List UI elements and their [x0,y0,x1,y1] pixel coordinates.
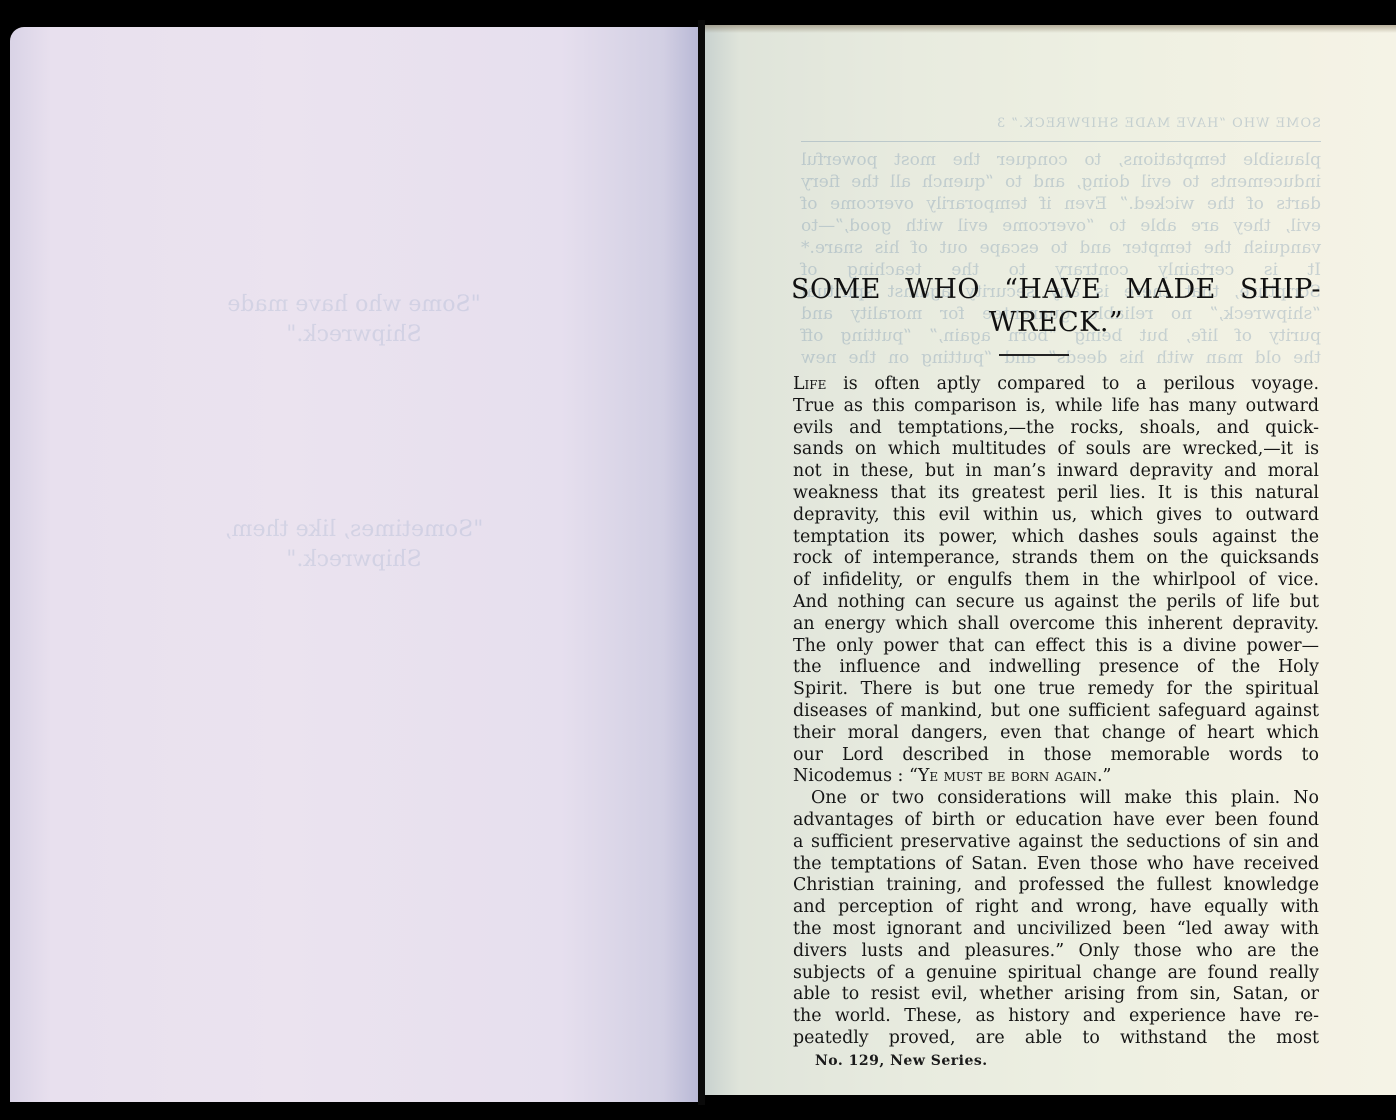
text-line: rock of intemperance, strands them on th… [793,548,1319,570]
ghost-line: Shipwreck." [10,322,698,347]
text-line: the most ignorant and uncivilized been “… [793,919,1319,941]
text-line: a sufficient preservative against the se… [793,832,1319,854]
ghost-line: "Sometimes, like them, [10,517,698,542]
showthrough-line: plausible temptations, to conquer the mo… [801,149,1321,171]
text-line: our Lord described in those memorable wo… [793,745,1319,767]
title-rule [999,354,1069,356]
text-line: Spirit. There is but one true remedy for… [793,679,1319,701]
text-line: weakness that its greatest peril lies. I… [793,483,1319,505]
text-line: able to resist evil, whether arising fro… [793,984,1319,1006]
right-page: SOME WHO “HAVE MADE SHIPWRECK.” 3 plausi… [705,25,1396,1095]
text-line: And nothing can secure us against the pe… [793,592,1319,614]
text-line: the temptations of Satan. Even those who… [793,854,1319,876]
text-line: sands on which multitudes of souls are w… [793,439,1319,461]
text-line: and perception of right and wrong, have … [793,897,1319,919]
text-line: The only power that can effect this is a… [793,636,1319,658]
title-line-2: WRECK.” [989,307,1124,338]
showthrough-header-rule [801,141,1321,142]
text-line: evils and temptations,—the rocks, shoals… [793,418,1319,440]
text-line: Nicodemus : “Ye must be born again.” [793,766,1319,788]
showthrough-line: the old man with his deeds” and “putting… [801,347,1321,369]
ghost-line: "Some who have made [10,292,698,317]
showthrough-line: inducements to evil doing, and to “quenc… [801,171,1321,193]
text-line-content: Nicodemus : “ [793,766,918,786]
series-number: No. 129, New Series. [815,1053,988,1069]
showthrough-line: vanquish the tempter and to escape out o… [801,237,1321,259]
text-line: the world. These, as history and experie… [793,1006,1319,1028]
book-gutter [698,20,705,1105]
body-text: Life is often aptly compared to a perilo… [793,374,1319,1050]
showthrough-line: darts of the wicked.” Even if temporaril… [801,193,1321,215]
title-line-1: SOME WHO “HAVE MADE SHIP- [791,273,1321,306]
text-line-content: ” [1103,766,1112,786]
page-edge-stain [705,25,1396,33]
text-line: True as this comparison is, while life h… [793,396,1319,418]
left-page-showthrough: "Some who have made Shipwreck." "Sometim… [10,27,698,1102]
paragraph-1: Life is often aptly compared to a perilo… [793,374,1319,788]
page-title: SOME WHO “HAVE MADE SHIP- WRECK.” [791,273,1321,339]
text-line: Life is often aptly compared to a perilo… [793,374,1319,396]
text-line: subjects of a genuine spiritual change a… [793,963,1319,985]
text-line: diseases of mankind, but one sufficient … [793,701,1319,723]
text-line: an energy which shall overcome this inhe… [793,614,1319,636]
text-line: of infidelity, or engulfs them in the wh… [793,570,1319,592]
showthrough-line: evil, they are able to “overcome evil wi… [801,215,1321,237]
text-line: divers lusts and pleasures.” Only those … [793,941,1319,963]
left-page: "Some who have made Shipwreck." "Sometim… [10,27,698,1102]
text-line: depravity, this evil within us, which gi… [793,505,1319,527]
text-line: temptation its power, which dashes souls… [793,527,1319,549]
ghost-line: Shipwreck." [10,547,698,572]
scripture-quote: Ye must be born again. [918,766,1103,786]
text-line: not in these, but in man’s inward deprav… [793,461,1319,483]
text-line: the influence and indwelling presence of… [793,657,1319,679]
text-line: peatedly proved, are able to withstand t… [793,1028,1319,1050]
text-line: advantages of birth or education have ev… [793,810,1319,832]
showthrough-running-header: SOME WHO “HAVE MADE SHIPWRECK.” 3 [801,113,1321,135]
text-line: Christian training, and professed the fu… [793,875,1319,897]
text-line: One or two considerations will make this… [793,788,1319,810]
drop-lead-word: Life [793,374,826,394]
text-line-content: is often aptly compared to a perilous vo… [826,374,1319,394]
paragraph-2: One or two considerations will make this… [793,788,1319,1050]
text-line: their moral dangers, even that change of… [793,723,1319,745]
